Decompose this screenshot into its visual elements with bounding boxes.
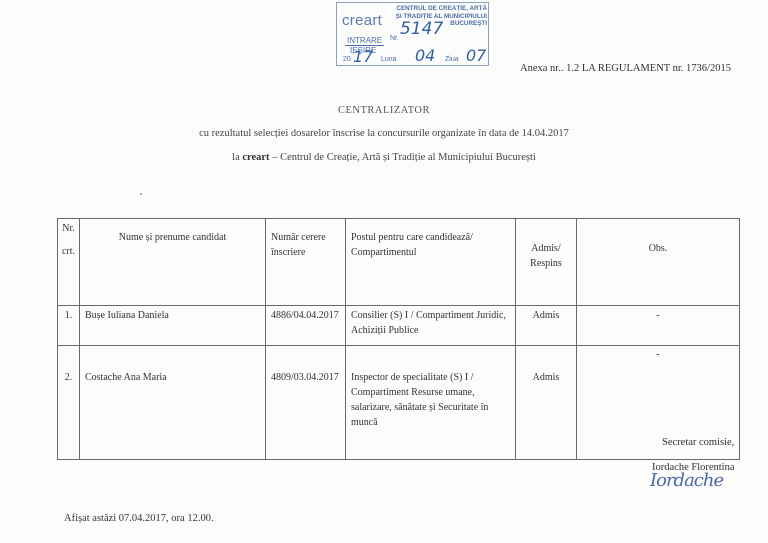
institution-brand: creart	[242, 152, 269, 163]
header-admis: Admis/ Respins	[516, 219, 577, 306]
cell-post-line: muncă	[351, 415, 510, 430]
stamp-ziua-label: Ziua	[445, 56, 459, 63]
header-name-text: Nume și prenume candidat	[119, 232, 226, 243]
header-numar-line: înscriere	[271, 245, 340, 260]
institution-line: la creart – Centrul de Creație, Artă și …	[0, 152, 768, 163]
stamp-year-value: 17	[353, 47, 373, 66]
header-admis-line: Admis/	[521, 241, 571, 256]
stamp-year-prefix: 20	[343, 56, 351, 63]
cell-numar: 4886/04.04.2017	[266, 306, 346, 346]
header-numar-line: Număr cerere	[271, 230, 340, 245]
header-obs: Obs.	[577, 219, 740, 306]
cell-post: Inspector de specialitate (S) I / Compar…	[346, 346, 516, 460]
cell-numar: 4809/03.04.2017	[266, 346, 346, 460]
cell-post: Consilier (S) I / Compartiment Juridic, …	[346, 306, 516, 346]
stamp-luna-value: 04	[415, 46, 435, 65]
stamp-nr-value: 5147	[400, 19, 443, 39]
signature-role: Secretar comisie,	[662, 437, 734, 448]
cell-post-line: Consilier (S) I / Compartiment Juridic,	[351, 308, 510, 323]
cell-nr: 1.	[58, 306, 80, 346]
cell-post-line: Compartiment Resurse umane,	[351, 385, 510, 400]
stamp-luna-label: Luna	[381, 56, 397, 63]
cell-obs-text: -	[656, 349, 659, 360]
cell-obs: -	[577, 306, 740, 346]
document-subtitle: cu rezultatul selecției dosarelor înscri…	[0, 128, 768, 139]
cell-nr-text: 2.	[65, 372, 73, 383]
header-post-line: Compartimentul	[351, 245, 510, 260]
institution-name: – Centrul de Creație, Artă și Tradiție a…	[270, 152, 536, 163]
cell-name: Bușe Iuliana Daniela	[80, 306, 266, 346]
header-nr-line: crt.	[60, 244, 77, 259]
table-header-row: Nr. crt. Nume și prenume candidat Număr …	[58, 219, 740, 306]
stamp-nr-label: Nr.	[390, 35, 399, 42]
header-nr-line: Nr.	[60, 221, 77, 236]
creart-logo: creart	[342, 12, 382, 29]
cell-admis: Admis	[516, 306, 577, 346]
posting-note: Afișat astăzi 07.04.2017, ora 12.00.	[64, 513, 214, 524]
header-post: Postul pentru care candidează/ Compartim…	[346, 219, 516, 306]
cell-admis-text: Admis	[533, 372, 560, 383]
stamp-ziua-value: 07	[466, 46, 486, 65]
institution-prefix: la	[232, 152, 242, 163]
cell-post-line: Inspector de specialitate (S) I /	[351, 370, 510, 385]
cell-admis: Admis	[516, 346, 577, 460]
cell-post-line: salarizare, sănătate și Securitate în	[351, 400, 510, 415]
document-title: CENTRALIZATOR	[0, 105, 768, 116]
scan-speck	[140, 193, 142, 195]
stamp-institution-line: CENTRUL DE CREAȚIE, ARTĂ	[387, 5, 487, 13]
stamp-intrare-label: INTRARE	[345, 36, 384, 46]
results-table: Nr. crt. Nume și prenume candidat Număr …	[57, 218, 740, 460]
header-admis-line: Respins	[521, 256, 571, 271]
header-nr: Nr. crt.	[58, 219, 80, 306]
table-row: 2. Costache Ana Maria 4809/03.04.2017 In…	[58, 346, 740, 460]
cell-post-line: Achiziții Publice	[351, 323, 510, 338]
cell-name-text: Costache Ana Maria	[85, 372, 167, 383]
header-post-line: Postul pentru care candidează/	[351, 230, 510, 245]
annex-reference: Anexa nr.. 1.2 LA REGULAMENT nr. 1736/20…	[520, 63, 731, 74]
cell-numar-text: 4809/03.04.2017	[271, 372, 339, 383]
handwritten-signature: Iordache	[650, 470, 723, 491]
header-name: Nume și prenume candidat	[80, 219, 266, 306]
cell-name: Costache Ana Maria	[80, 346, 266, 460]
header-numar: Număr cerere înscriere	[266, 219, 346, 306]
header-obs-text: Obs.	[649, 243, 668, 254]
table-row: 1. Bușe Iuliana Daniela 4886/04.04.2017 …	[58, 306, 740, 346]
cell-nr: 2.	[58, 346, 80, 460]
registration-stamp: creart CENTRUL DE CREAȚIE, ARTĂ ȘI TRADI…	[336, 2, 489, 66]
